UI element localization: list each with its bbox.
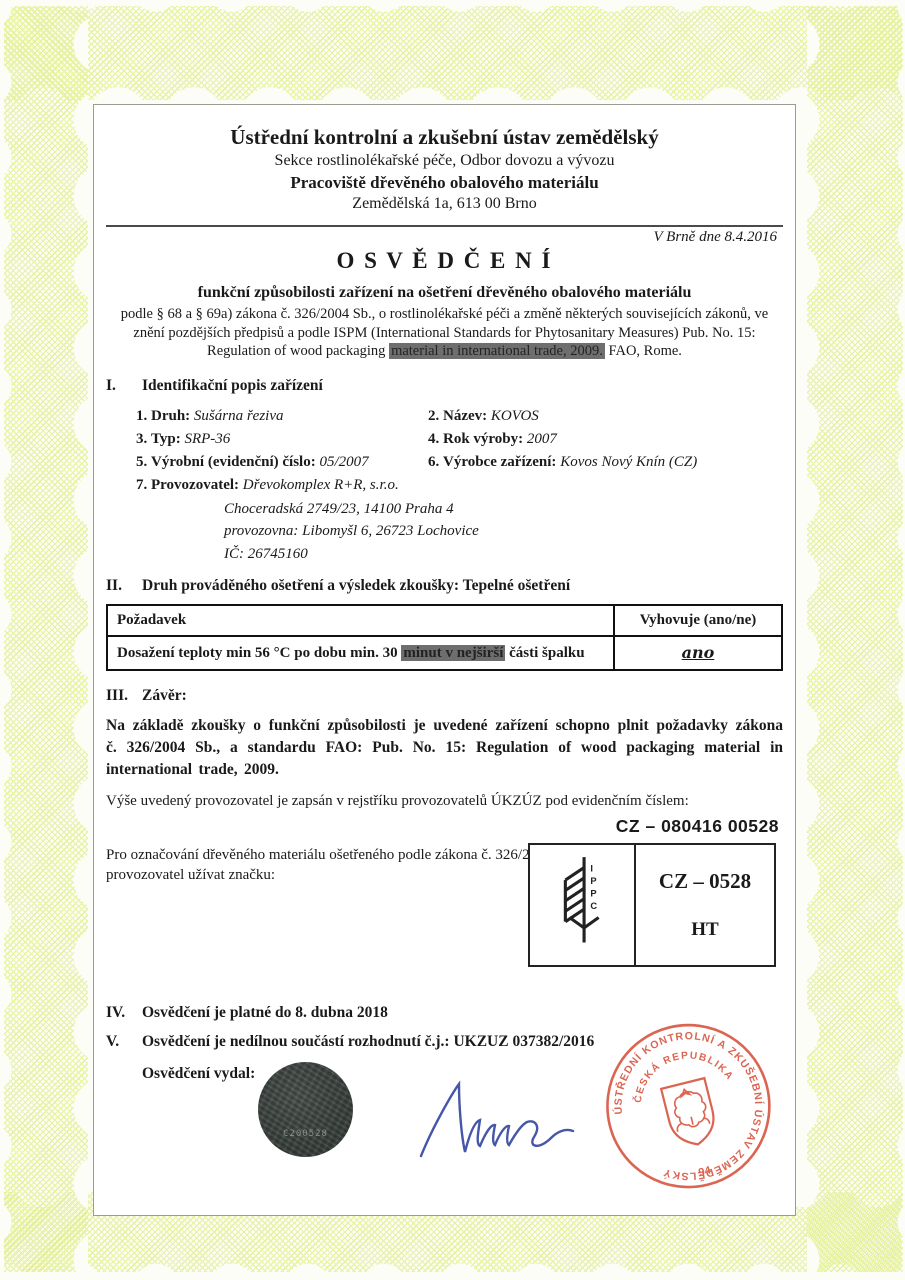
requirement-header-cell: Požadavek bbox=[107, 605, 614, 636]
section-2-title: Druh prováděného ošetření a výsledek zko… bbox=[142, 577, 570, 595]
svg-text:P: P bbox=[590, 876, 596, 886]
handwritten-answer: ano bbox=[682, 643, 715, 662]
place-and-date: V Brně dne 8.4.2016 bbox=[106, 229, 783, 246]
coat-of-arms bbox=[661, 1078, 719, 1150]
requirement-cell: Dosažení teploty min 56 °C po dobu min. … bbox=[107, 636, 614, 670]
item-rok-vyroby: 4. Rok výroby: 2007 bbox=[428, 428, 557, 451]
scan-shadow-artifact: minut v nejširší bbox=[401, 645, 505, 661]
item-druh: 1. Druh: Sušárna řeziva bbox=[136, 405, 428, 428]
guilloche-border-top bbox=[4, 6, 901, 100]
section-3-number: III. bbox=[106, 687, 142, 705]
validity-text: Osvědčení je platné do 8. dubna 2018 bbox=[142, 1004, 388, 1022]
document-subtitle: funkční způsobilosti zařízení na ošetřen… bbox=[106, 284, 783, 302]
operator-address-line: Choceradská 2749/23, 14100 Praha 4 bbox=[224, 498, 783, 521]
ippc-code-cell: CZ – 0528 HT bbox=[636, 845, 774, 965]
conclusion-paragraph: Na základě zkoušky o funkční způsobilost… bbox=[106, 715, 783, 780]
ippc-treatment-code: HT bbox=[691, 919, 718, 941]
registry-line: Výše uvedený provozovatel je zapsán v re… bbox=[106, 793, 783, 810]
legal-basis-paragraph: podle § 68 a § 69a) zákona č. 326/2004 S… bbox=[106, 305, 783, 361]
item-nazev: 2. Název: KOVOS bbox=[428, 405, 539, 428]
authority-address: Zemědělská 1a, 613 00 Brno bbox=[106, 195, 783, 213]
item-row: 7. Provozovatel: Dřevokomplex R+R, s.r.o… bbox=[136, 474, 783, 497]
section-5-number: V. bbox=[106, 1033, 142, 1051]
dark-stamp-code: C200528 bbox=[283, 1129, 328, 1139]
authority-unit: Pracoviště dřevěného obalového materiálu bbox=[106, 173, 783, 193]
ippc-country-code: CZ – 0528 bbox=[659, 869, 751, 894]
section-1-heading: I. Identifikační popis zařízení bbox=[106, 377, 783, 395]
result-cell: ano bbox=[614, 636, 782, 670]
header-divider bbox=[106, 225, 783, 227]
svg-text:ÚSTŘEDNÍ KONTROLNÍ A ZKUŠEBNÍ: ÚSTŘEDNÍ KONTROLNÍ A ZKUŠEBNÍ ÚSTAV ZEMĚ… bbox=[596, 1014, 781, 1199]
item-row: 1. Druh: Sušárna řeziva 2. Název: KOVOS bbox=[136, 405, 783, 428]
section-1-number: I. bbox=[106, 377, 142, 395]
ippc-wheat-icon: I P P C bbox=[546, 853, 618, 957]
svg-text:P: P bbox=[590, 889, 596, 899]
scan-shadow-artifact: material in international trade, 2009. bbox=[389, 343, 605, 359]
result-header-cell: Vyhovuje (ano/ne) bbox=[614, 605, 782, 636]
section-1-title: Identifikační popis zařízení bbox=[142, 377, 323, 395]
registry-number: CZ – 080416 00528 bbox=[106, 816, 783, 837]
svg-text:I: I bbox=[590, 864, 593, 874]
item-row: 3. Typ: SRP-36 4. Rok výroby: 2007 bbox=[136, 428, 783, 451]
item-row: 5. Výrobní (evidenční) číslo: 05/2007 6.… bbox=[136, 451, 783, 474]
section-4-number: IV. bbox=[106, 1004, 142, 1022]
item-typ: 3. Typ: SRP-36 bbox=[136, 428, 428, 451]
dark-round-stamp: C200528 bbox=[258, 1062, 353, 1157]
operator-address-line: provozovna: Libomyšl 6, 26723 Lochovice bbox=[224, 520, 783, 543]
section-3-title: Závěr: bbox=[142, 687, 187, 705]
issuing-authority-name: Ústřední kontrolní a zkušební ústav země… bbox=[106, 125, 783, 150]
ippc-mark-box: I P P C CZ – 0528 HT bbox=[528, 843, 776, 967]
item-vyrobni-cislo: 5. Výrobní (evidenční) číslo: 05/2007 bbox=[136, 451, 428, 474]
authority-section: Sekce rostlinolékařské péče, Odbor dovoz… bbox=[106, 152, 783, 170]
svg-text:C: C bbox=[590, 901, 597, 911]
section-3-heading: III. Závěr: bbox=[106, 687, 783, 705]
guilloche-border-right bbox=[807, 6, 903, 1272]
decision-reference-text: Osvědčení je nedílnou součástí rozhodnut… bbox=[142, 1033, 594, 1051]
ippc-symbol-cell: I P P C bbox=[530, 845, 636, 965]
guilloche-border-left bbox=[4, 6, 88, 1272]
item-vyrobce: 6. Výrobce zařízení: Kovos Nový Knín (CZ… bbox=[428, 451, 697, 474]
item-provozovatel: 7. Provozovatel: Dřevokomplex R+R, s.r.o… bbox=[136, 474, 399, 497]
signature-stroke bbox=[413, 1078, 583, 1173]
document-title: O S V Ě D Č E N Í bbox=[106, 248, 783, 274]
stamp-ring-text: ÚSTŘEDNÍ KONTROLNÍ A ZKUŠEBNÍ ÚSTAV ZEMĚ… bbox=[596, 1014, 781, 1199]
legal-basis-text-end: FAO, Rome. bbox=[605, 343, 682, 359]
identification-items: 1. Druh: Sušárna řeziva 2. Název: KOVOS … bbox=[136, 405, 783, 566]
section-2-number: II. bbox=[106, 577, 142, 595]
treatment-result-table: Požadavek Vyhovuje (ano/ne) Dosažení tep… bbox=[106, 604, 783, 671]
operator-address-block: Choceradská 2749/23, 14100 Praha 4 provo… bbox=[224, 498, 783, 566]
signature bbox=[413, 1078, 583, 1178]
section-2-heading: II. Druh prováděného ošetření a výsledek… bbox=[106, 577, 783, 595]
table-header-row: Požadavek Vyhovuje (ano/ne) bbox=[107, 605, 782, 636]
table-row: Dosažení teploty min 56 °C po dobu min. … bbox=[107, 636, 782, 670]
operator-ic-line: IČ: 26745160 bbox=[224, 543, 783, 566]
